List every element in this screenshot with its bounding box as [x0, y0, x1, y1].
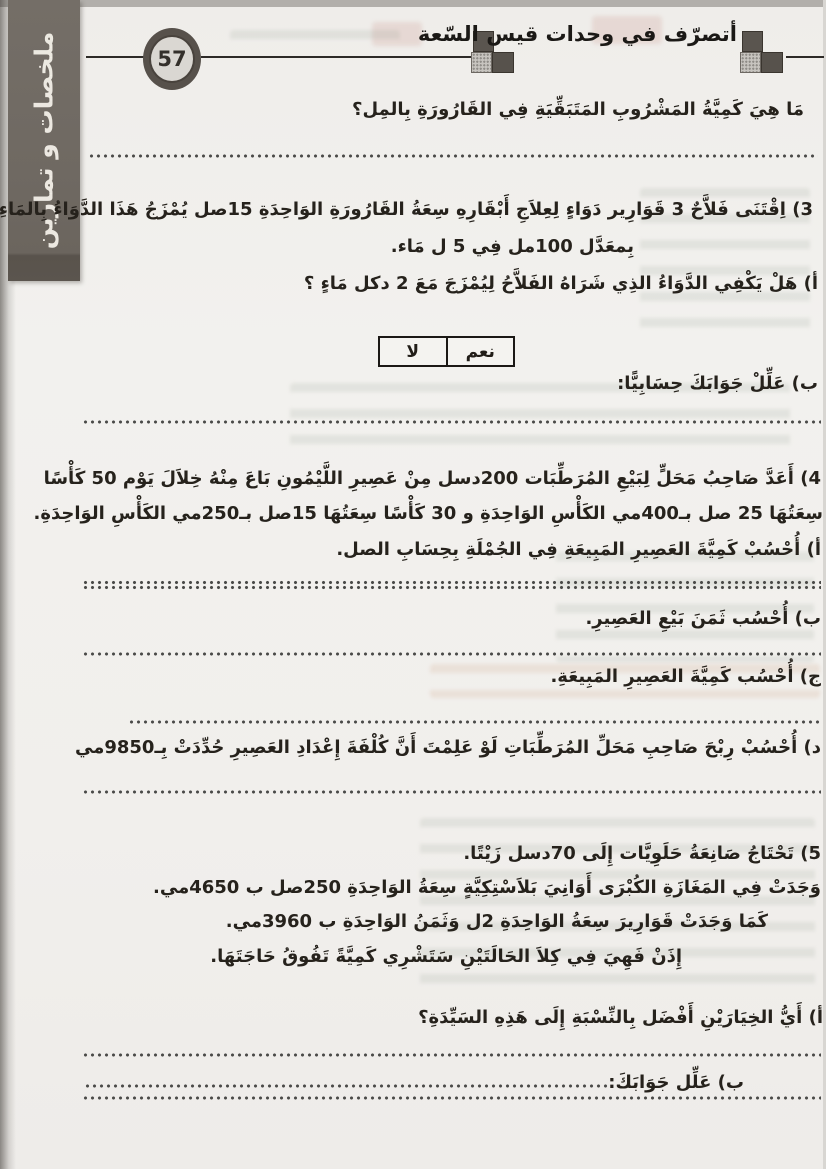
q5-sub-b-label: ب) عَلِّل جَوَابَكَ: [608, 1072, 744, 1093]
answer-dotted-line [128, 719, 821, 725]
q4-text-line1: 4) أَعَدَّ صَاحِبُ مَحَلٍّ لِبَيْعِ المُ… [44, 466, 821, 492]
no-cell: لا [380, 338, 446, 365]
answer-dotted-line [82, 419, 821, 425]
q4-sub-a: أ) أُحْسُبْ كَمِيَّةَ العَصِيرِ المَبِيع… [336, 537, 821, 563]
q3-sub-b: ب) عَلِّلْ جَوَابَكَ حِسَابِيًّا: [617, 371, 818, 397]
q5-text-line3: كَمَا وَجَدَتْ قَوَارِيرَ سِعَةُ الوَاحِ… [226, 909, 768, 935]
q3-text-line1: 3) اِقْتَنَى فَلاَّحٌ 3 قَوَارِير دَوَاء… [0, 197, 813, 223]
checker-square-dark [761, 52, 783, 73]
scan-top-edge [0, 0, 826, 7]
checker-square-dark [492, 52, 514, 73]
header-rule [786, 56, 824, 58]
page-title: أتصرّف في وحدات قيس السّعة [418, 22, 737, 46]
checker-square-dark [742, 31, 763, 52]
checker-square-hatched [471, 52, 492, 73]
header-rule [86, 56, 144, 58]
intro-question: مَا هِيَ كَمِيَّةُ المَشْرُوبِ المَتَبَق… [352, 97, 804, 123]
q4-text-line2: سِعَتُهَا 25 صل بـ400مي الكَأْسِ الوَاحِ… [34, 501, 823, 527]
yes-cell: نعم [446, 338, 514, 365]
q3-text-line2: بِمعَدَّل 100مل فِي 5 ل مَاء. [391, 234, 634, 260]
q3-sub-a: أ) هَلْ يَكْفِي الدَّوَاءُ الذِي شَرَاهُ… [304, 271, 818, 297]
answer-dotted-line [88, 153, 818, 159]
q5-text-line1: 5) تَحْتَاجُ صَانِعَةُ حَلَوِيَّات إِلَى… [463, 841, 821, 867]
checker-square-hatched [740, 52, 761, 73]
answer-dotted-line [82, 1095, 821, 1101]
yes-no-table: لا نعم [378, 336, 515, 367]
q5-sub-a: أ) أَيُّ الخِيَارَيْنِ أَفْضَل بِالنِّسْ… [418, 1005, 823, 1031]
answer-dotted-line [82, 651, 821, 657]
answer-dotted-line [82, 1052, 821, 1058]
q4-sub-c: ج) أُحْسُب كَمِيَّةَ العَصِيرِ المَبِيعَ… [550, 664, 821, 690]
answer-dotted-fill [84, 1083, 608, 1089]
answer-dotted-line [82, 789, 821, 795]
q4-sub-d: د) أُحْسُبْ رِبْحَ صَاحِبِ مَحَلِّ المُر… [75, 735, 821, 761]
page-number: 57 [157, 47, 186, 71]
sidebar-tab: ملخصات و تمارين [8, 0, 80, 281]
page-number-badge: 57 [143, 28, 201, 90]
answer-dotted-line [82, 580, 821, 590]
q4-sub-b: ب) أُحْسُب ثَمَنَ بَيْعِ العَصِيرِ. [585, 606, 821, 632]
checker-ornament [740, 31, 784, 74]
bleed-through-artifact [230, 30, 400, 54]
q5-text-line2: وَجَدَتْ فِي المَغَازَةِ الكُبْرَى أَوَا… [153, 875, 821, 901]
workbook-page: ملخصات و تمارين 57 أتصرّف في وحدات قيس ا… [0, 0, 826, 1169]
q5-text-line4: إِذَنْ فَهِيَ فِي كِلاَ الحَالَتَيْنِ سَ… [210, 944, 682, 970]
q5-sub-b-row: ب) عَلِّل جَوَابَكَ: [84, 1072, 744, 1093]
header-rule [201, 56, 472, 58]
